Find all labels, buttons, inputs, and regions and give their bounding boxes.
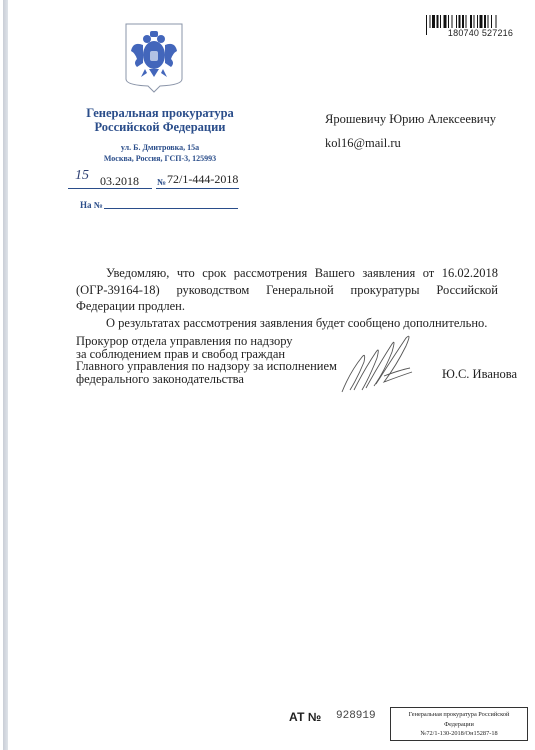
stamp-line-1: Генеральная прокуратура Российской [391, 710, 527, 720]
date-month-year: 03.2018 [100, 174, 139, 189]
date-day-handwritten: 15 [75, 168, 89, 184]
stamp-line-2: Федерации [391, 720, 527, 730]
form-serial-number: 928919 [336, 710, 376, 722]
russian-coat-of-arms-icon [125, 23, 183, 93]
org-name-line-1: Генеральная прокуратура [60, 106, 260, 120]
outgoing-number-label: № [157, 177, 166, 187]
registration-stamp: Генеральная прокуратура Российской Федер… [390, 707, 528, 741]
signer-title-line-4: федерального законодательства [76, 373, 337, 386]
form-serial-label: АТ № [289, 710, 321, 724]
body-paragraph-2: О результатах рассмотрения заявления буд… [76, 315, 498, 332]
date-underline [68, 188, 152, 189]
organization-name: Генеральная прокуратура Российской Федер… [60, 106, 260, 134]
barcode-number: 180740 527216 [428, 28, 533, 38]
address-line-2: Москва, Россия, ГСП-3, 125993 [60, 154, 260, 165]
address-line-1: ул. Б. Дмитровка, 15а [60, 143, 260, 154]
organization-address: ул. Б. Дмитровка, 15а Москва, Россия, ГС… [60, 143, 260, 164]
addressee-email: kol16@mail.ru [325, 131, 496, 155]
org-name-line-2: Российской Федерации [60, 120, 260, 134]
addressee-name: Ярошевичу Юрию Алексеевичу [325, 107, 496, 131]
reply-to-label: На № [80, 200, 103, 210]
signer-title-line-1: Прокурор отдела управления по надзору [76, 335, 337, 348]
scan-edge-shadow [3, 0, 8, 750]
signer-title-line-3: Главного управления по надзору за исполн… [76, 360, 337, 373]
addressee-block: Ярошевичу Юрию Алексеевичу kol16@mail.ru [325, 107, 496, 155]
stamp-line-3: №72/1-130-2018/Он15287-18 [391, 729, 527, 739]
signer-title: Прокурор отдела управления по надзору за… [76, 335, 337, 385]
reply-to-underline [104, 208, 238, 209]
outgoing-number-value: 72/1-444-2018 [167, 172, 238, 187]
letter-body: Уведомляю, что срок рассмотрения Вашего … [76, 265, 498, 331]
body-paragraph-1: Уведомляю, что срок рассмотрения Вашего … [76, 265, 498, 315]
number-underline [156, 188, 239, 189]
handwritten-signature-icon [340, 332, 420, 394]
signer-name: Ю.С. Иванова [442, 367, 517, 382]
